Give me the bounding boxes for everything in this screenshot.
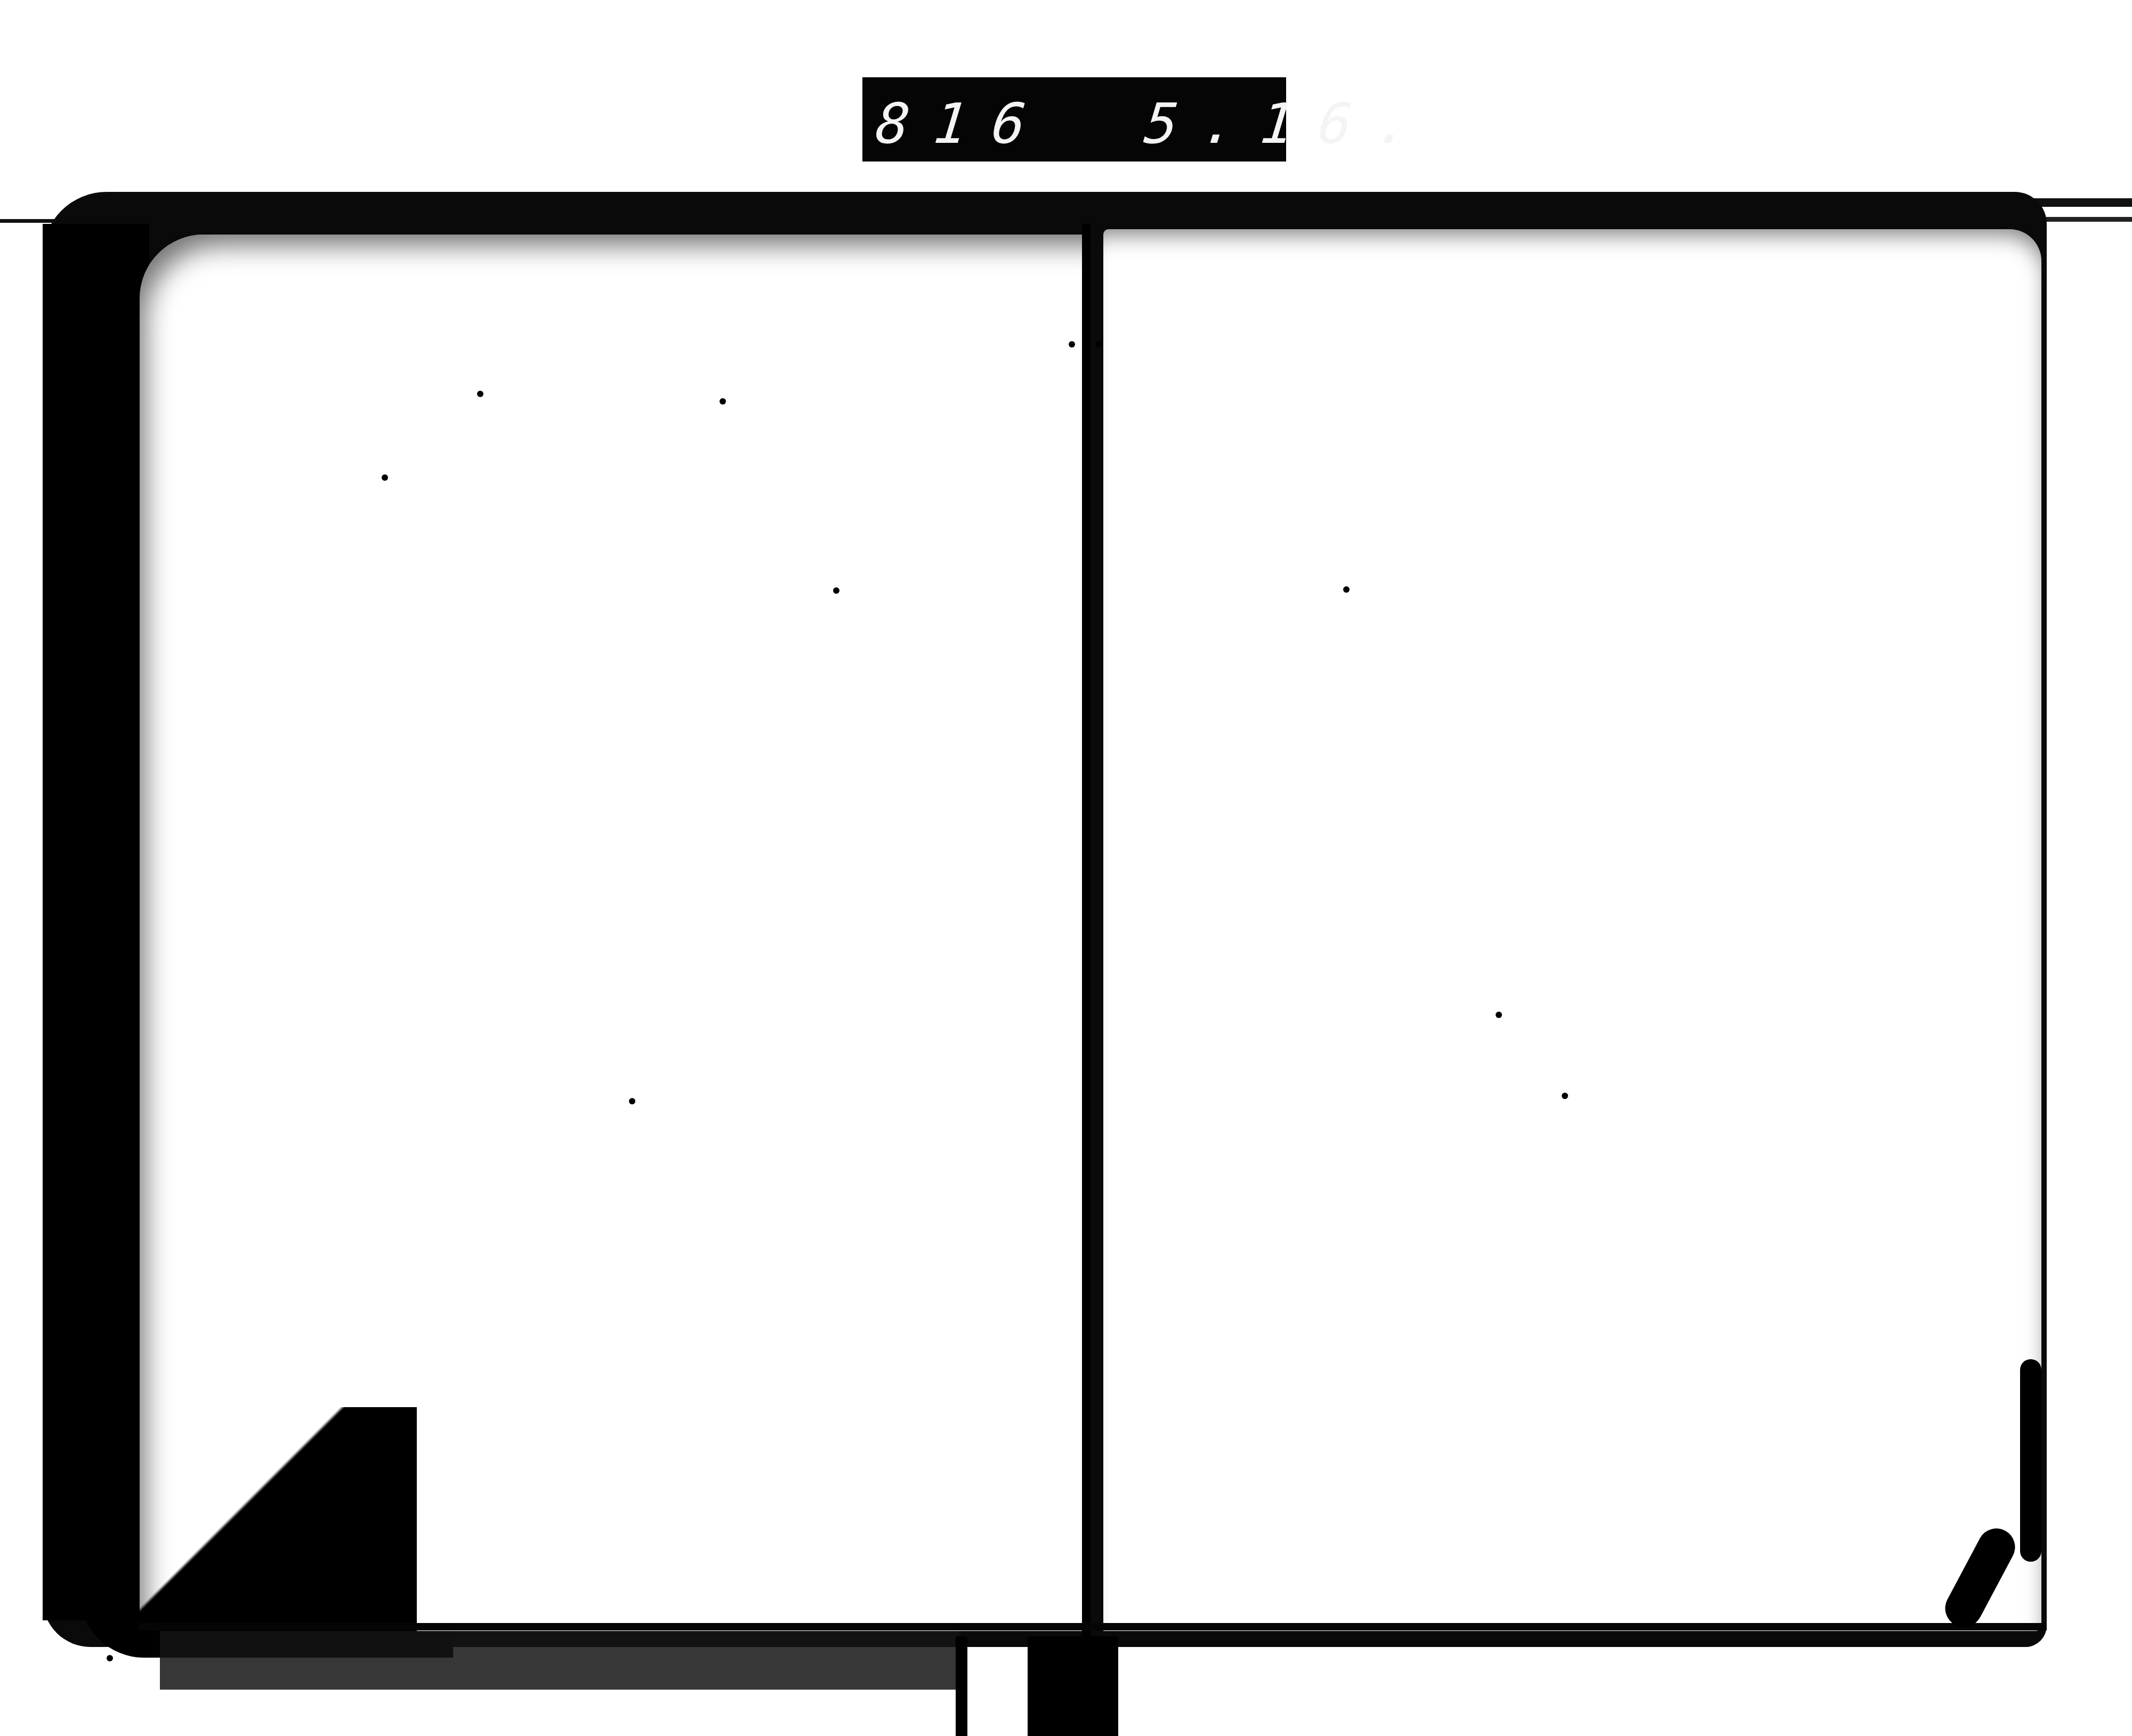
book-spine xyxy=(1082,224,1091,1636)
book-clamp-bar-thin xyxy=(956,1636,967,1736)
dust-speck xyxy=(477,391,483,397)
left-page-corner-shadow xyxy=(140,1407,417,1631)
frame-counter-label: 816 5.16. xyxy=(862,77,1286,162)
dust-speck xyxy=(1343,586,1350,593)
book-bottom-edge xyxy=(139,1623,2047,1630)
bottom-edge-shadow xyxy=(160,1631,959,1690)
dust-speck xyxy=(1069,341,1075,348)
right-page xyxy=(1103,229,2041,1631)
right-edge-stain xyxy=(2020,1359,2041,1562)
dust-speck xyxy=(1095,341,1102,348)
dust-speck xyxy=(1496,1012,1502,1018)
dust-speck xyxy=(107,1655,113,1661)
frame-number-left: 816 xyxy=(873,91,1054,156)
dust-speck xyxy=(382,474,388,481)
book-left-edge-shadow xyxy=(43,224,149,1620)
dust-speck xyxy=(1562,1093,1568,1099)
dust-speck xyxy=(720,398,726,405)
frame-number-right: 5.16. xyxy=(1142,91,1438,156)
dust-speck xyxy=(833,587,839,594)
dust-speck xyxy=(629,1098,635,1104)
book-clamp-bar-wide xyxy=(1028,1636,1118,1736)
